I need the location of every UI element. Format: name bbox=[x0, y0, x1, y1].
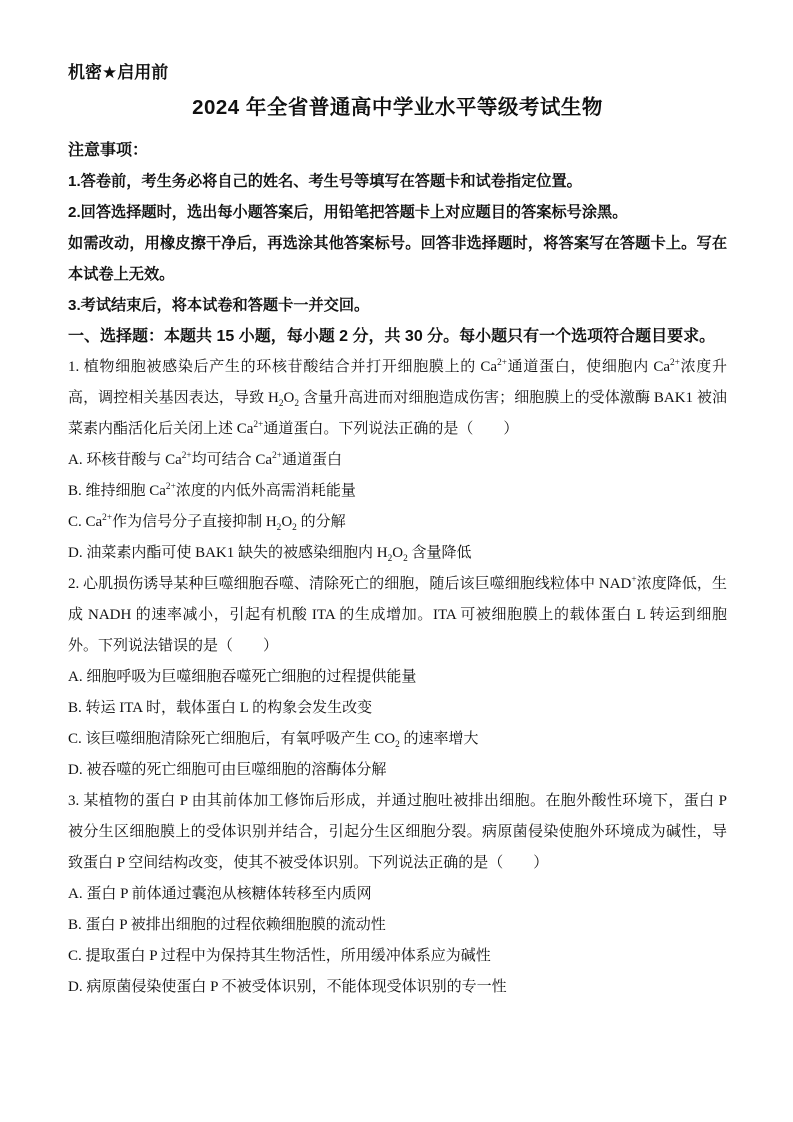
question-2-option-a: A. 细胞呼吸为巨噬细胞吞噬死亡细胞的过程提供能量 bbox=[68, 662, 727, 693]
question-3: 3. 某植物的蛋白 P 由其前体加工修饰后形成，并通过胞吐被排出细胞。在胞外酸性… bbox=[68, 786, 727, 1003]
exam-paper-page: 机密★启用前 2024 年全省普通高中学业水平等级考试生物 注意事项： 1.答卷… bbox=[0, 0, 793, 1122]
notice-line-1: 1.答卷前，考生务必将自己的姓名、考生号等填写在答题卡和试卷指定位置。 bbox=[68, 166, 727, 197]
confidential-banner: 机密★启用前 bbox=[68, 62, 727, 84]
question-3-option-a: A. 蛋白 P 前体通过囊泡从核糖体转移至内质网 bbox=[68, 879, 727, 910]
question-2-option-c: C. 该巨噬细胞清除死亡细胞后，有氧呼吸产生 CO2 的速率增大 bbox=[68, 724, 727, 755]
question-1-option-c: C. Ca2+作为信号分子直接抑制 H2O2 的分解 bbox=[68, 507, 727, 538]
question-2-stem: 2. 心肌损伤诱导某种巨噬细胞吞噬、清除死亡的细胞，随后该巨噬细胞线粒体中 NA… bbox=[68, 569, 727, 662]
notice-line-4: 3.考试结束后，将本试卷和答题卡一并交回。 bbox=[68, 290, 727, 321]
question-1-option-d: D. 油菜素内酯可使 BAK1 缺失的被感染细胞内 H2O2 含量降低 bbox=[68, 538, 727, 569]
notice-block: 1.答卷前，考生务必将自己的姓名、考生号等填写在答题卡和试卷指定位置。 2.回答… bbox=[68, 166, 727, 321]
section-heading-choice-questions: 一、选择题：本题共 15 小题，每小题 2 分，共 30 分。每小题只有一个选项… bbox=[68, 321, 727, 352]
question-3-option-d: D. 病原菌侵染使蛋白 P 不被受体识别，不能体现受体识别的专一性 bbox=[68, 972, 727, 1003]
question-1-option-b: B. 维持细胞 Ca2+浓度的内低外高需消耗能量 bbox=[68, 476, 727, 507]
notice-line-2: 2.回答选择题时，选出每小题答案后，用铅笔把答题卡上对应题目的答案标号涂黑。 bbox=[68, 197, 727, 228]
question-3-stem: 3. 某植物的蛋白 P 由其前体加工修饰后形成，并通过胞吐被排出细胞。在胞外酸性… bbox=[68, 786, 727, 879]
question-2-option-b: B. 转运 ITA 时，载体蛋白 L 的构象会发生改变 bbox=[68, 693, 727, 724]
question-1-option-a: A. 环核苷酸与 Ca2+均可结合 Ca2+通道蛋白 bbox=[68, 445, 727, 476]
question-3-option-c: C. 提取蛋白 P 过程中为保持其生物活性，所用缓冲体系应为碱性 bbox=[68, 941, 727, 972]
exam-title: 2024 年全省普通高中学业水平等级考试生物 bbox=[68, 95, 727, 121]
question-2-option-d: D. 被吞噬的死亡细胞可由巨噬细胞的溶酶体分解 bbox=[68, 755, 727, 786]
notice-heading: 注意事项： bbox=[68, 135, 727, 166]
question-1: 1. 植物细胞被感染后产生的环核苷酸结合并打开细胞膜上的 Ca2+通道蛋白，使细… bbox=[68, 352, 727, 569]
question-2: 2. 心肌损伤诱导某种巨噬细胞吞噬、清除死亡的细胞，随后该巨噬细胞线粒体中 NA… bbox=[68, 569, 727, 786]
question-3-option-b: B. 蛋白 P 被排出细胞的过程依赖细胞膜的流动性 bbox=[68, 910, 727, 941]
question-1-stem: 1. 植物细胞被感染后产生的环核苷酸结合并打开细胞膜上的 Ca2+通道蛋白，使细… bbox=[68, 352, 727, 445]
notice-line-3: 如需改动，用橡皮擦干净后，再选涂其他答案标号。回答非选择题时，将答案写在答题卡上… bbox=[68, 228, 727, 290]
